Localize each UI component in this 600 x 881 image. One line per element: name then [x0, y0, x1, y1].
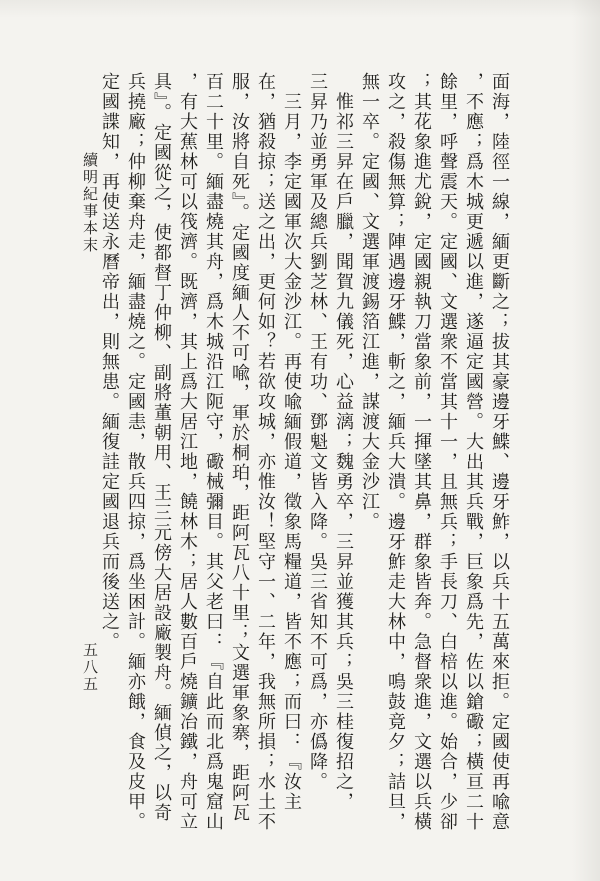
text-column-6: 無一卒。定國、文選軍渡錫箔江進，謀渡大金沙江。	[356, 72, 382, 834]
text-column-10: 在，猶殺掠；送之出，更何如？若欲攻城，亦惟汝！堅守一、二年，我無所損；水土不	[252, 72, 278, 834]
text-column-13: ，有大蕉林可以筏濟。既濟，其上爲大居江地，饒林木；居人數百戶燒鑛冶鐵，舟可立	[174, 72, 200, 834]
main-text: 面海，陸徑一線，緬更斷之；拔其豪邊牙鰈、邊牙鮓，以兵十五萬來拒。定國使再喩意 ，…	[96, 72, 512, 834]
text-column-15: 兵撓廠；仲柳棄舟走，緬盡燒之。定國恚，散兵四掠，爲坐困計。緬亦餓，食及皮甲。	[122, 72, 148, 834]
text-column-5: 攻之，殺傷無算；陣遇邊牙鰈，斬之，緬兵大潰。邊牙鮓走大林中，鳴鼓竟夕；詰旦，	[382, 72, 408, 834]
text-column-4: ；其花象進尤銳，定國親執刀當象前，一揮墜其鼻，群象皆奔。急督衆進，文選以兵橫	[408, 72, 434, 834]
text-column-11: 服，汝將自死』。定國度緬人不可喩，軍於桐珀，距阿瓦八十里；文選軍象寨，距阿瓦	[226, 72, 252, 834]
text-column-2: ，不應；爲木城更遞以進，遂逼定國營。大出其兵戰，巨象爲先，佐以鎗礮；橫亘二十	[460, 72, 486, 834]
text-column-7: 惟祁三昇在戶臘，聞賀九儀死，心益漓；魏勇卒，三昇並獲其兵；吳三桂復招之，	[330, 72, 356, 834]
text-column-12: 百二十里。緬盡燒其舟，爲木城沿江阨守，礮械彌目。其父老曰：『自此而北爲鬼窟山	[200, 72, 226, 834]
text-column-3: 餘里，呼聲震天。定國、文選衆不當其十一，且無兵；手長刀、白棓以進。始合，少卻	[434, 72, 460, 834]
text-column-8: 三昇乃並勇軍及總兵劉芝林、王有功、鄧魁文皆入降。吳三省知不可爲，亦僞降。	[304, 72, 330, 834]
text-column-16: 定國諜知，再使送永曆帝出，則無患。緬復詿定國退兵而後送之。	[96, 72, 122, 834]
book-page: 續明紀事本末 五八五 面海，陸徑一線，緬更斷之；拔其豪邊牙鰈、邊牙鮓，以兵十五萬…	[0, 0, 600, 881]
text-column-1: 面海，陸徑一線，緬更斷之；拔其豪邊牙鰈、邊牙鮓，以兵十五萬來拒。定國使再喩意	[486, 72, 512, 834]
text-column-9: 三月，李定國軍次大金沙江。再使喩緬假道，徵象馬糧道，皆不應；而曰：『汝主	[278, 72, 304, 834]
text-column-14: 具』。定國從之，使都督丁仲柳、副將董朝用、王三元傍大居設廠製舟。緬偵之，以奇	[148, 72, 174, 834]
